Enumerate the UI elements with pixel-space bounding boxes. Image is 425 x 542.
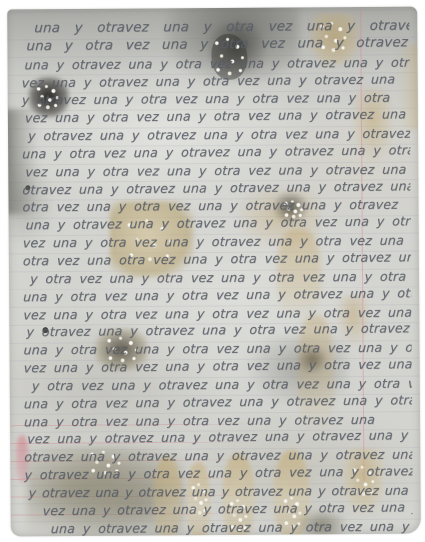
handwritten-line: y otravez una y otra vez una y otra vez … [24, 462, 413, 484]
handwritten-line: una y otra vez una y otravez una y otrav… [22, 141, 411, 163]
handwritten-line: una y otravez una y otravez una y otra v… [50, 517, 413, 536]
handwritten-line: vez una y otra vez una y otra vez una y … [23, 355, 412, 377]
handwritten-line: una y otra vez una y otravez una y otrav… [24, 391, 413, 413]
handwritten-line: otra vez una otra vez una y otra vez una… [23, 248, 412, 270]
handwritten-line: una y otra vez una y otra vez una y otra… [26, 34, 410, 56]
scan-background: una y otravez una y otra vez una y otrav… [0, 0, 425, 542]
handwritten-line: una y otra vez una y otra vez una y otra… [23, 284, 412, 306]
handwritten-text-block: una y otravez una y otra vez una y otrav… [21, 18, 413, 537]
paper-sheet: una y otravez una y otra vez una y otrav… [7, 7, 421, 537]
handwritten-line: vez una y otravez una y otravez una y ot… [42, 498, 413, 520]
